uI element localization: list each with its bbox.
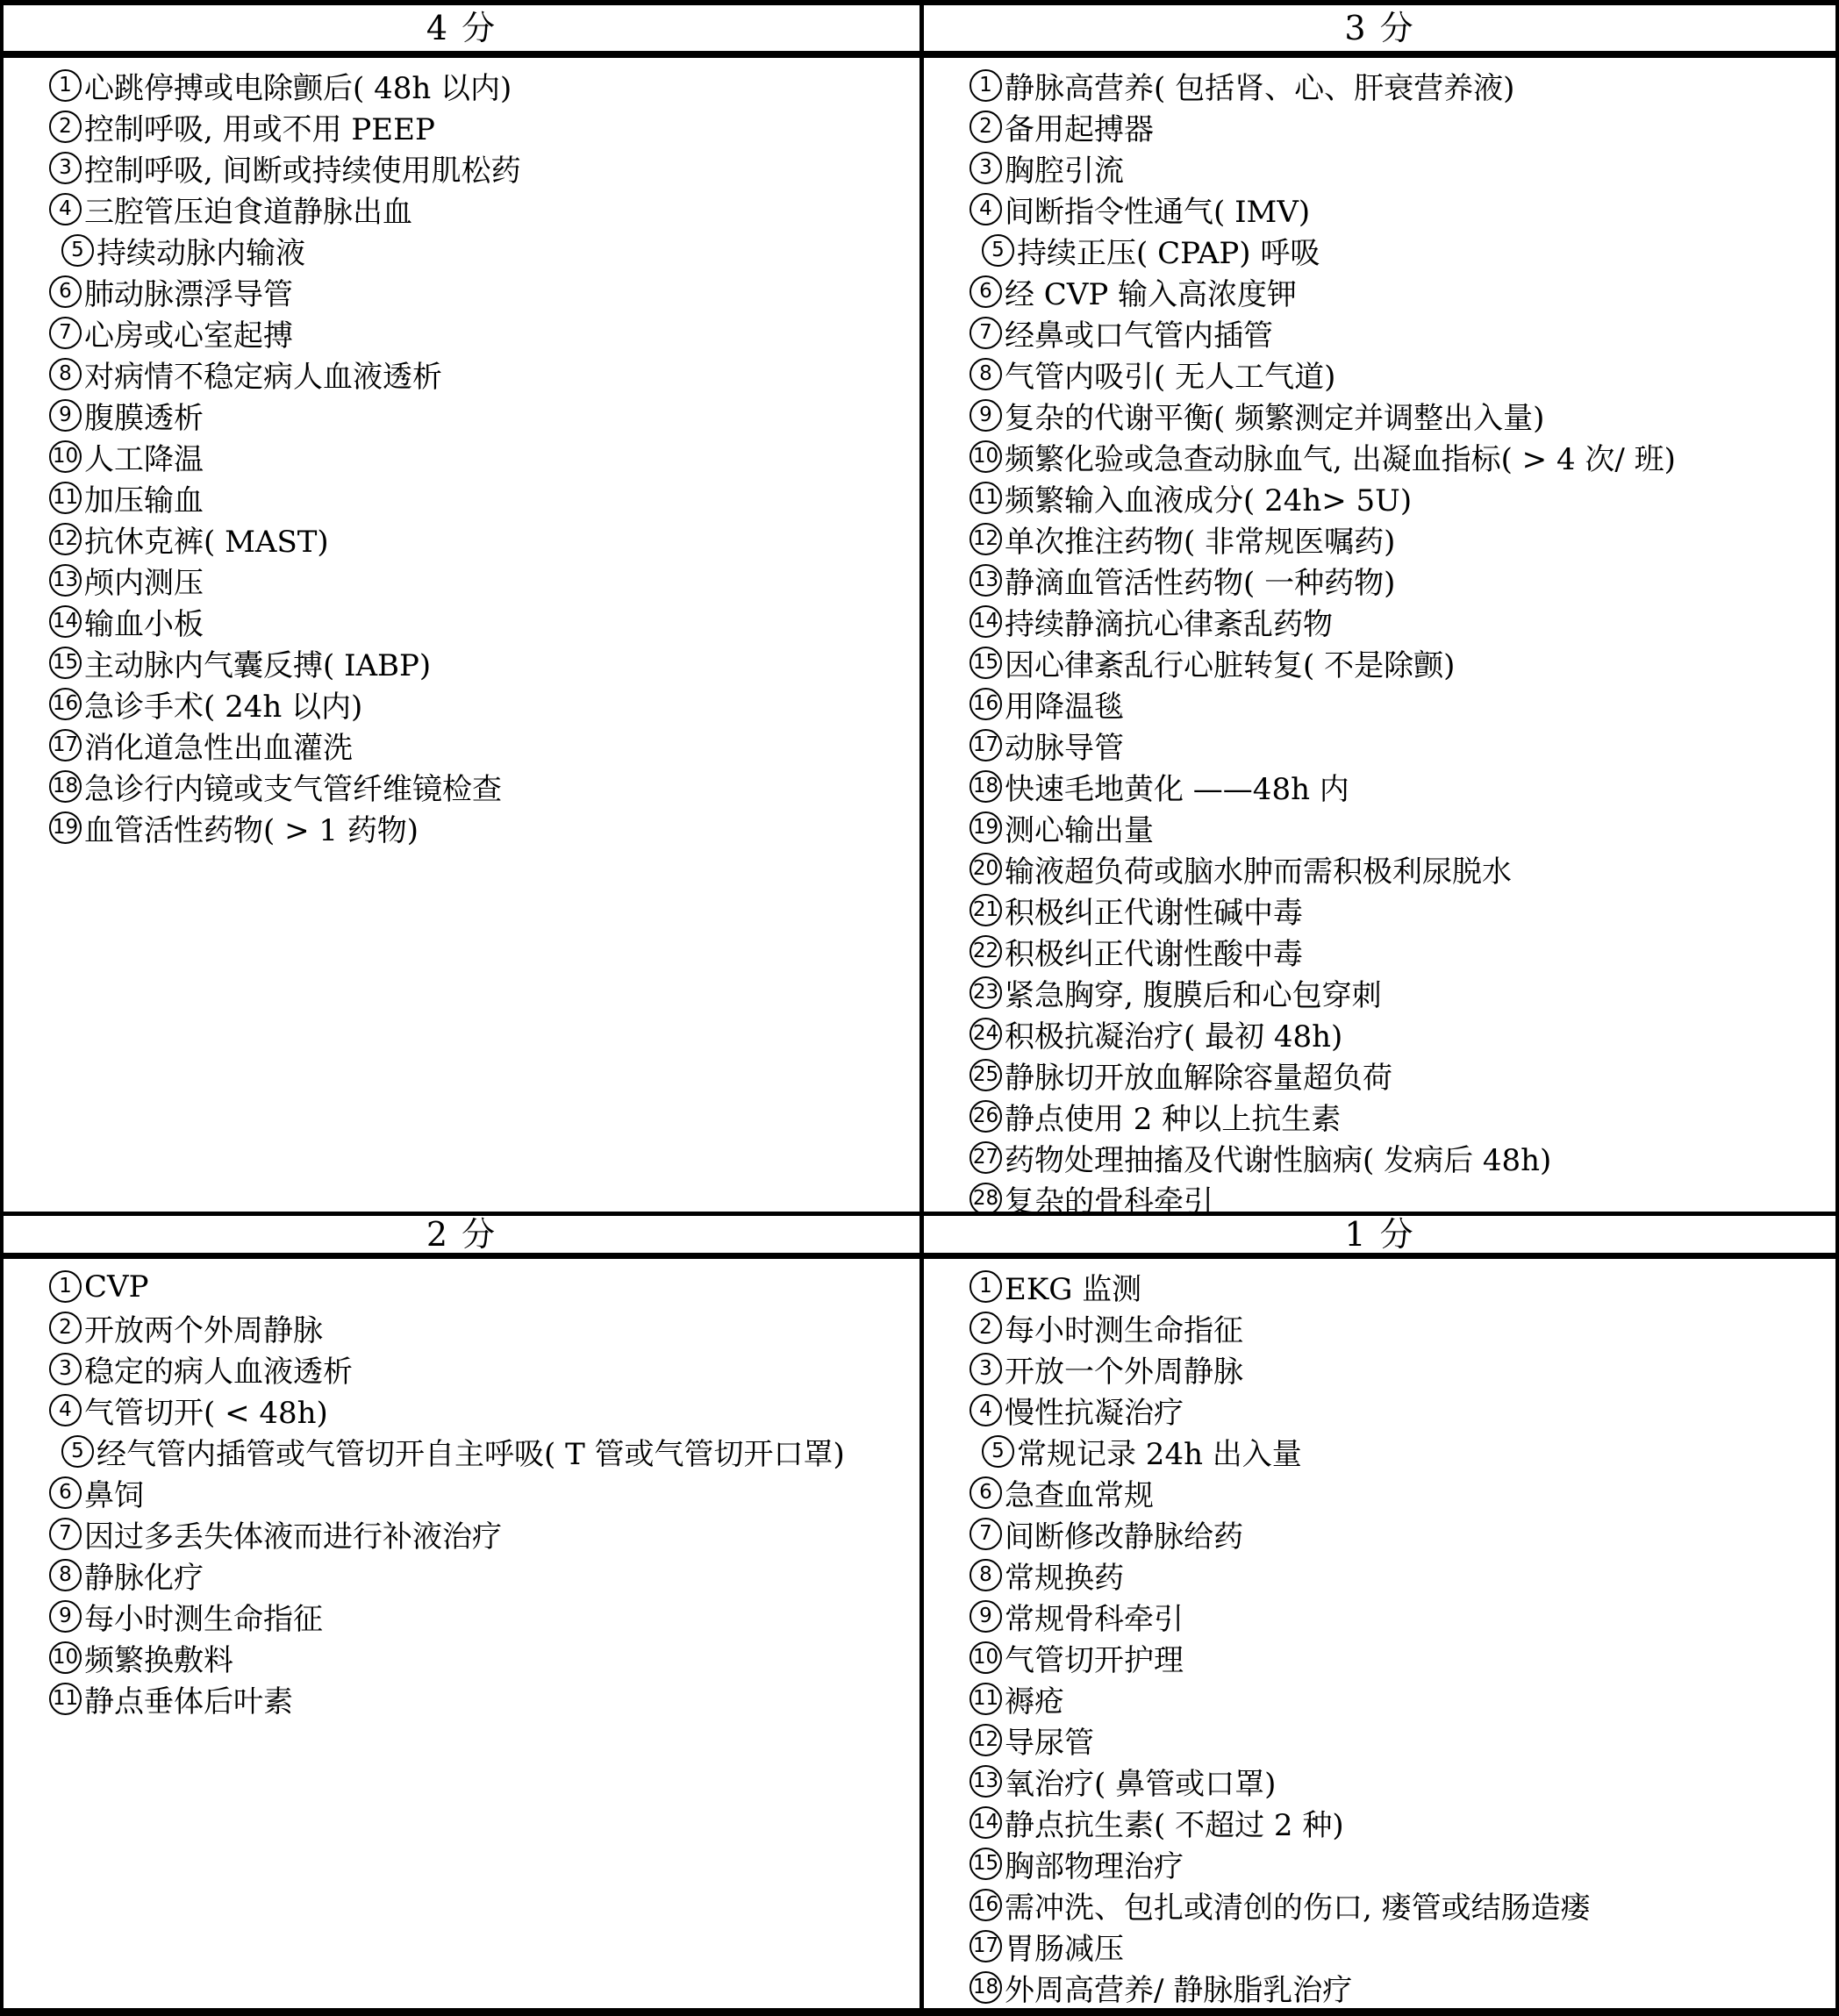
item-number-badge: 24 [970, 1018, 1002, 1050]
item-text: 经 CVP 输入高浓度钾 [1005, 270, 1297, 313]
item-text: 静脉高营养( 包括肾、心、肝衰营养液) [1005, 64, 1514, 107]
item-text: 肺动脉漂浮导管 [84, 270, 293, 313]
list-item: 5持续动脉内输液 [61, 230, 919, 271]
item-text: 人工降温 [84, 435, 204, 478]
item-text: 气管内吸引( 无人工气道) [1005, 353, 1335, 396]
list-item: 17胃肠减压 [970, 1926, 1835, 1967]
list-item: 3胸腔引流 [970, 147, 1835, 189]
item-text: 静点抗生素( 不超过 2 种) [1005, 1801, 1344, 1844]
item-text: 持续静滴抗心律紊乱药物 [1005, 600, 1333, 643]
item-number-badge: 3 [49, 152, 82, 184]
list-item: 10气管切开护理 [970, 1637, 1835, 1678]
item-number-badge: 4 [970, 1394, 1002, 1426]
header-score-2: 2 分 [4, 1216, 924, 1253]
item-text: 积极纠正代谢性酸中毒 [1005, 930, 1303, 973]
item-number-badge: 1 [970, 69, 1002, 102]
list-item: 21积极纠正代谢性碱中毒 [970, 890, 1835, 931]
item-number-badge: 7 [970, 317, 1002, 349]
item-number-badge: 2 [970, 1312, 1002, 1344]
item-number-badge: 4 [49, 193, 82, 225]
item-number-badge: 8 [49, 1559, 82, 1591]
item-number-badge: 7 [49, 1518, 82, 1550]
item-text: 因过多丢失体液而进行补液治疗 [84, 1512, 502, 1555]
item-number-badge: 23 [970, 976, 1002, 1009]
document-page: 4 分 3 分 1心跳停搏或电除颤后( 48h 以内)2控制呼吸, 用或不用 P… [0, 0, 1839, 2016]
item-text: 加压输血 [84, 476, 204, 519]
list-item: 24积极抗凝治疗( 最初 48h) [970, 1013, 1835, 1054]
list-item: 8静脉化疗 [49, 1555, 919, 1596]
item-number-badge: 25 [970, 1059, 1002, 1091]
item-text: 常规骨科牵引 [1005, 1595, 1184, 1638]
item-number-badge: 16 [49, 688, 82, 720]
item-number-badge: 3 [970, 1353, 1002, 1385]
item-number-badge: 15 [970, 647, 1002, 679]
item-text: 心房或心室起搏 [84, 311, 293, 354]
item-number-badge: 1 [49, 1270, 82, 1303]
item-text: 静点使用 2 种以上抗生素 [1005, 1095, 1341, 1138]
item-text: 急诊手术( 24h 以内) [84, 683, 362, 726]
item-number-badge: 3 [49, 1353, 82, 1385]
list-item: 7经鼻或口气管内插管 [970, 312, 1835, 354]
list-item: 6鼻饲 [49, 1472, 919, 1513]
item-text: 每小时测生命指征 [84, 1595, 323, 1638]
list-item: 9常规骨科牵引 [970, 1596, 1835, 1637]
list-item: 6经 CVP 输入高浓度钾 [970, 271, 1835, 312]
item-text: 复杂的代谢平衡( 频繁测定并调整出入量) [1005, 394, 1544, 437]
item-text: 频繁化验或急查动脉血气, 出凝血指标( > 4 次/ 班) [1005, 435, 1676, 478]
list-item: 9腹膜透析 [49, 395, 919, 436]
list-item: 11静点垂体后叶素 [49, 1678, 919, 1719]
item-number-badge: 13 [970, 1765, 1002, 1798]
item-number-badge: 4 [49, 1394, 82, 1426]
list-item: 10人工降温 [49, 436, 919, 477]
list-item: 1CVP [49, 1266, 919, 1307]
list-item: 16需冲洗、包扎或清创的伤口, 瘘管或结肠造瘘 [970, 1884, 1835, 1926]
item-text: 输液超负荷或脑水肿而需积极利尿脱水 [1005, 847, 1512, 890]
item-text: 抗休克裤( MAST) [84, 518, 329, 561]
item-text: 氧治疗( 鼻管或口罩) [1005, 1760, 1276, 1803]
item-text: 开放两个外周静脉 [84, 1306, 323, 1349]
item-text: 胸腔引流 [1005, 147, 1124, 189]
list-item: 12抗休克裤( MAST) [49, 518, 919, 560]
item-number-badge: 10 [49, 440, 82, 473]
list-item: 22积极纠正代谢性酸中毒 [970, 931, 1835, 972]
list-item: 5持续正压( CPAP) 呼吸 [982, 230, 1835, 271]
item-number-badge: 21 [970, 894, 1002, 926]
item-text: 积极纠正代谢性碱中毒 [1005, 889, 1303, 932]
item-number-badge: 17 [970, 729, 1002, 761]
item-number-badge: 27 [970, 1141, 1002, 1174]
item-number-badge: 6 [970, 1476, 1002, 1509]
list-item: 15胸部物理治疗 [970, 1843, 1835, 1884]
item-number-badge: 26 [970, 1100, 1002, 1133]
item-text: 每小时测生命指征 [1005, 1306, 1243, 1349]
list-item: 6急查血常规 [970, 1472, 1835, 1513]
item-text: 急诊行内镜或支气管纤维镜检查 [84, 765, 502, 808]
list-item: 18外周高营养/ 静脉脂乳治疗 [970, 1967, 1835, 2008]
list-item: 14输血小板 [49, 601, 919, 642]
item-text: CVP [84, 1269, 148, 1305]
item-text: 常规记录 24h 出入量 [1017, 1430, 1302, 1473]
list-item: 4慢性抗凝治疗 [970, 1390, 1835, 1431]
item-text: 快速毛地黄化 ——48h 内 [1005, 765, 1349, 808]
list-item: 6肺动脉漂浮导管 [49, 271, 919, 312]
list-item: 17动脉导管 [970, 725, 1835, 766]
item-number-badge: 19 [970, 811, 1002, 844]
item-number-badge: 18 [970, 1971, 1002, 2004]
item-number-badge: 5 [61, 1435, 94, 1468]
item-number-badge: 10 [49, 1641, 82, 1674]
content-row-top: 1心跳停搏或电除颤后( 48h 以内)2控制呼吸, 用或不用 PEEP3控制呼吸… [4, 58, 1835, 1216]
item-number-badge: 2 [970, 111, 1002, 143]
content-row-bottom: 1CVP2开放两个外周静脉3稳定的病人血液透析4气管切开( < 48h)5经气管… [4, 1259, 1835, 2008]
item-text: 稳定的病人血液透析 [84, 1348, 353, 1390]
list-item: 17消化道急性出血灌洗 [49, 725, 919, 766]
item-text: 间断指令性通气( IMV) [1005, 188, 1310, 231]
item-number-badge: 6 [49, 1476, 82, 1509]
item-text: 用降温毯 [1005, 683, 1124, 726]
item-number-badge: 5 [982, 234, 1014, 267]
item-number-badge: 15 [970, 1848, 1002, 1880]
list-item: 3开放一个外周静脉 [970, 1348, 1835, 1390]
list-item: 26静点使用 2 种以上抗生素 [970, 1096, 1835, 1137]
item-number-badge: 14 [970, 605, 1002, 638]
list-item: 3控制呼吸, 间断或持续使用肌松药 [49, 147, 919, 189]
list-item: 15主动脉内气囊反搏( IABP) [49, 642, 919, 683]
item-number-badge: 12 [49, 523, 82, 555]
item-number-badge: 12 [970, 523, 1002, 555]
list-item: 9每小时测生命指征 [49, 1596, 919, 1637]
item-text: 导尿管 [1005, 1719, 1094, 1762]
item-text: 备用起搏器 [1005, 105, 1154, 148]
item-text: EKG 监测 [1005, 1265, 1141, 1308]
item-number-badge: 14 [49, 605, 82, 638]
cell-score-4-items: 1心跳停搏或电除颤后( 48h 以内)2控制呼吸, 用或不用 PEEP3控制呼吸… [4, 58, 924, 1212]
item-text: 颅内测压 [84, 559, 204, 602]
item-number-badge: 9 [49, 1600, 82, 1633]
list-item: 16用降温毯 [970, 683, 1835, 725]
item-text: 测心输出量 [1005, 806, 1154, 849]
list-item: 4气管切开( < 48h) [49, 1390, 919, 1431]
list-item: 14静点抗生素( 不超过 2 种) [970, 1802, 1835, 1843]
item-text: 气管切开护理 [1005, 1636, 1184, 1679]
item-text: 需冲洗、包扎或清创的伤口, 瘘管或结肠造瘘 [1005, 1884, 1591, 1927]
item-text: 经鼻或口气管内插管 [1005, 311, 1273, 354]
item-text: 复杂的骨科牵引 [1005, 1177, 1213, 1212]
list-item: 5经气管内插管或气管切开自主呼吸( T 管或气管切开口罩) [61, 1431, 919, 1472]
list-item: 8常规换药 [970, 1555, 1835, 1596]
item-number-badge: 17 [49, 729, 82, 761]
list-item: 11加压输血 [49, 477, 919, 518]
item-number-badge: 18 [49, 770, 82, 803]
list-item: 2控制呼吸, 用或不用 PEEP [49, 106, 919, 147]
list-item: 25静脉切开放血解除容量超负荷 [970, 1054, 1835, 1096]
list-item: 4三腔管压迫食道静脉出血 [49, 189, 919, 230]
item-number-badge: 28 [970, 1183, 1002, 1212]
header-row-top: 4 分 3 分 [4, 5, 1835, 58]
item-number-badge: 15 [49, 647, 82, 679]
item-text: 静滴血管活性药物( 一种药物) [1005, 559, 1395, 602]
item-text: 外周高营养/ 静脉脂乳治疗 [1005, 1966, 1352, 2008]
cell-score-1-items: 1EKG 监测2每小时测生命指征3开放一个外周静脉4慢性抗凝治疗5常规记录 24… [924, 1259, 1835, 2008]
list-item: 2每小时测生命指征 [970, 1307, 1835, 1348]
header-row-bottom: 2 分 1 分 [4, 1216, 1835, 1259]
list-item: 7心房或心室起搏 [49, 312, 919, 354]
list-item: 18快速毛地黄化 ——48h 内 [970, 766, 1835, 807]
list-item: 19血管活性药物( > 1 药物) [49, 807, 919, 848]
item-text: 动脉导管 [1005, 724, 1124, 767]
item-number-badge: 3 [970, 152, 1002, 184]
item-text: 血管活性药物( > 1 药物) [84, 806, 419, 849]
item-text: 静脉切开放血解除容量超负荷 [1005, 1054, 1392, 1097]
item-text: 控制呼吸, 间断或持续使用肌松药 [84, 147, 521, 189]
list-item: 1心跳停搏或电除颤后( 48h 以内) [49, 65, 919, 106]
item-number-badge: 12 [970, 1724, 1002, 1756]
item-number-badge: 9 [970, 399, 1002, 432]
item-number-badge: 20 [970, 853, 1002, 885]
item-number-badge: 22 [970, 935, 1002, 968]
item-text: 积极抗凝治疗( 最初 48h) [1005, 1012, 1342, 1055]
item-text: 药物处理抽搐及代谢性脑病( 发病后 48h) [1005, 1136, 1551, 1179]
list-item: 1EKG 监测 [970, 1266, 1835, 1307]
item-number-badge: 18 [970, 770, 1002, 803]
item-text: 三腔管压迫食道静脉出血 [84, 188, 412, 231]
list-item: 10频繁换敷料 [49, 1637, 919, 1678]
list-item: 8气管内吸引( 无人工气道) [970, 354, 1835, 395]
item-number-badge: 8 [970, 358, 1002, 390]
item-number-badge: 13 [49, 564, 82, 597]
list-item: 19测心输出量 [970, 807, 1835, 848]
item-number-badge: 11 [49, 1683, 82, 1715]
item-number-badge: 1 [970, 1270, 1002, 1303]
list-item: 1静脉高营养( 包括肾、心、肝衰营养液) [970, 65, 1835, 106]
list-item: 28复杂的骨科牵引 [970, 1178, 1835, 1212]
list-item: 14持续静滴抗心律紊乱药物 [970, 601, 1835, 642]
item-text: 主动脉内气囊反搏( IABP) [84, 641, 431, 684]
item-text: 持续正压( CPAP) 呼吸 [1017, 229, 1320, 272]
item-number-badge: 5 [61, 234, 94, 267]
item-text: 输血小板 [84, 600, 204, 643]
cell-score-2-items: 1CVP2开放两个外周静脉3稳定的病人血液透析4气管切开( < 48h)5经气管… [4, 1259, 924, 2008]
item-text: 慢性抗凝治疗 [1005, 1389, 1184, 1432]
item-text: 频繁输入血液成分( 24h> 5U) [1005, 476, 1412, 519]
item-text: 急查血常规 [1005, 1471, 1154, 1514]
list-item: 7因过多丢失体液而进行补液治疗 [49, 1513, 919, 1555]
header-score-3: 3 分 [924, 5, 1835, 51]
header-score-4: 4 分 [4, 5, 924, 51]
item-number-badge: 6 [49, 275, 82, 308]
item-text: 腹膜透析 [84, 394, 204, 437]
item-number-badge: 11 [970, 482, 1002, 514]
item-number-badge: 8 [49, 358, 82, 390]
item-number-badge: 1 [49, 69, 82, 102]
list-item: 13颅内测压 [49, 560, 919, 601]
item-text: 静点垂体后叶素 [84, 1677, 293, 1720]
item-text: 胸部物理治疗 [1005, 1842, 1184, 1885]
item-number-badge: 11 [49, 482, 82, 514]
list-item: 12导尿管 [970, 1719, 1835, 1761]
item-number-badge: 9 [49, 399, 82, 432]
item-number-badge: 10 [970, 440, 1002, 473]
item-number-badge: 14 [970, 1806, 1002, 1839]
item-text: 褥疮 [1005, 1677, 1064, 1720]
item-text: 消化道急性出血灌洗 [84, 724, 353, 767]
item-text: 控制呼吸, 用或不用 PEEP [84, 105, 435, 148]
item-text: 开放一个外周静脉 [1005, 1348, 1243, 1390]
item-number-badge: 2 [49, 1312, 82, 1344]
list-item: 20输液超负荷或脑水肿而需积极利尿脱水 [970, 848, 1835, 890]
item-text: 经气管内插管或气管切开自主呼吸( T 管或气管切开口罩) [97, 1430, 845, 1473]
item-number-badge: 7 [49, 317, 82, 349]
list-item: 11褥疮 [970, 1678, 1835, 1719]
list-item: 16急诊手术( 24h 以内) [49, 683, 919, 725]
item-text: 胃肠减压 [1005, 1925, 1124, 1968]
item-number-badge: 19 [49, 811, 82, 844]
item-text: 气管切开( < 48h) [84, 1389, 328, 1432]
list-item: 2开放两个外周静脉 [49, 1307, 919, 1348]
list-item: 13静滴血管活性药物( 一种药物) [970, 560, 1835, 601]
item-text: 鼻饲 [84, 1471, 144, 1514]
list-item: 9复杂的代谢平衡( 频繁测定并调整出入量) [970, 395, 1835, 436]
item-number-badge: 2 [49, 111, 82, 143]
item-text: 单次推注药物( 非常规医嘱药) [1005, 518, 1395, 561]
item-number-badge: 11 [970, 1683, 1002, 1715]
list-item: 11频繁输入血液成分( 24h> 5U) [970, 477, 1835, 518]
list-item: 7间断修改静脉给药 [970, 1513, 1835, 1555]
list-item: 3稳定的病人血液透析 [49, 1348, 919, 1390]
item-text: 静脉化疗 [84, 1554, 204, 1597]
item-number-badge: 6 [970, 275, 1002, 308]
item-number-badge: 16 [970, 688, 1002, 720]
item-text: 心跳停搏或电除颤后( 48h 以内) [84, 64, 512, 107]
item-number-badge: 4 [970, 193, 1002, 225]
item-text: 持续动脉内输液 [97, 229, 305, 272]
list-item: 5常规记录 24h 出入量 [982, 1431, 1835, 1472]
item-text: 间断修改静脉给药 [1005, 1512, 1243, 1555]
header-score-1: 1 分 [924, 1216, 1835, 1253]
list-item: 4间断指令性通气( IMV) [970, 189, 1835, 230]
item-text: 因心律紊乱行心脏转复( 不是除颤) [1005, 641, 1455, 684]
item-number-badge: 5 [982, 1435, 1014, 1468]
item-text: 频繁换敷料 [84, 1636, 233, 1679]
list-item: 2备用起搏器 [970, 106, 1835, 147]
item-number-badge: 9 [970, 1600, 1002, 1633]
item-number-badge: 8 [970, 1559, 1002, 1591]
item-number-badge: 16 [970, 1889, 1002, 1921]
list-item: 23紧急胸穿, 腹膜后和心包穿刺 [970, 972, 1835, 1013]
item-number-badge: 13 [970, 564, 1002, 597]
list-item: 12单次推注药物( 非常规医嘱药) [970, 518, 1835, 560]
list-item: 15因心律紊乱行心脏转复( 不是除颤) [970, 642, 1835, 683]
item-number-badge: 7 [970, 1518, 1002, 1550]
tiss-score-table: 4 分 3 分 1心跳停搏或电除颤后( 48h 以内)2控制呼吸, 用或不用 P… [0, 0, 1839, 2016]
list-item: 13氧治疗( 鼻管或口罩) [970, 1761, 1835, 1802]
list-item: 10频繁化验或急查动脉血气, 出凝血指标( > 4 次/ 班) [970, 436, 1835, 477]
item-text: 紧急胸穿, 腹膜后和心包穿刺 [1005, 971, 1382, 1014]
list-item: 18急诊行内镜或支气管纤维镜检查 [49, 766, 919, 807]
cell-score-3-items: 1静脉高营养( 包括肾、心、肝衰营养液)2备用起搏器3胸腔引流4间断指令性通气(… [924, 58, 1835, 1212]
list-item: 27药物处理抽搐及代谢性脑病( 发病后 48h) [970, 1137, 1835, 1178]
list-item: 8对病情不稳定病人血液透析 [49, 354, 919, 395]
item-number-badge: 17 [970, 1930, 1002, 1962]
item-text: 常规换药 [1005, 1554, 1124, 1597]
item-text: 对病情不稳定病人血液透析 [84, 353, 442, 396]
item-number-badge: 10 [970, 1641, 1002, 1674]
